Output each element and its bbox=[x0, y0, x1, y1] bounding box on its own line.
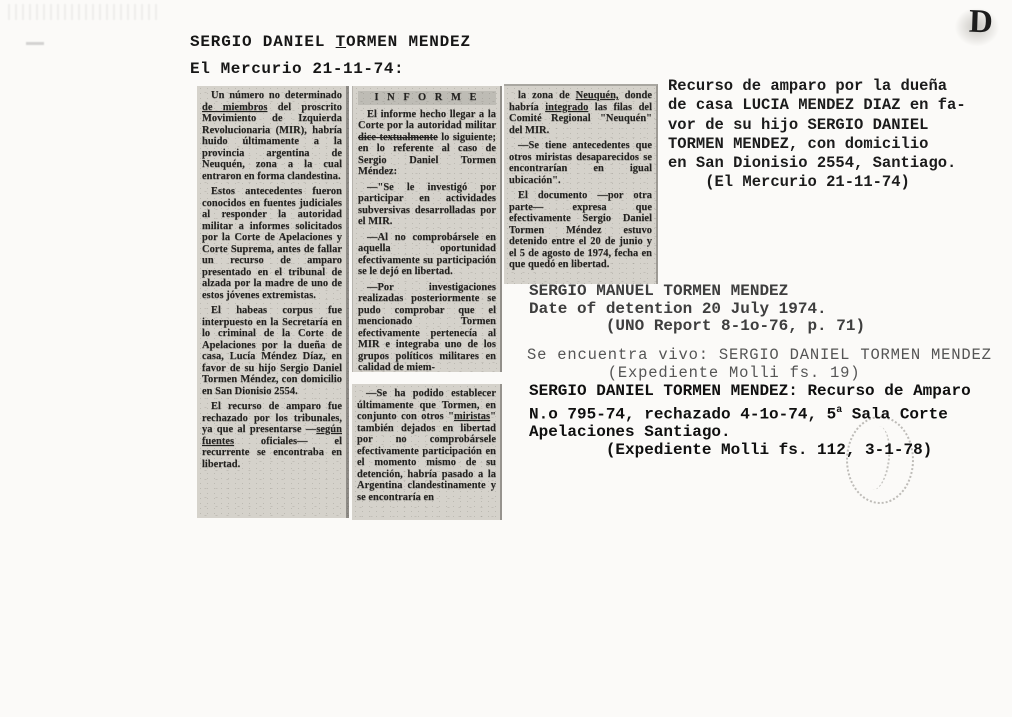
rejection-line-2: N.o 795-74, rechazado 4-1o-74, 5a Sala C… bbox=[529, 401, 971, 424]
rejection-line-2-pre: N.o 795-74, rechazado 4-1o-74, 5 bbox=[529, 405, 836, 423]
informe-section-header: I N F O R M E bbox=[358, 91, 496, 105]
newspaper-column-3-line: —Se tiene antecedentes que otros mirista… bbox=[509, 140, 652, 186]
amparo-annotation-line: Recurso de amparo por la dueña bbox=[668, 77, 966, 96]
newspaper-column-2-body-line: —Al no comprobársele en aquella oportuni… bbox=[358, 232, 496, 278]
newspaper-column-2-body: El informe hecho llegar a la Corte por l… bbox=[358, 109, 496, 374]
alive-annotation-line: Se encuentra vivo: SERGIO DANIEL TORMEN … bbox=[527, 347, 992, 365]
newspaper-column-2-body-line: —"Se le investigó por participar en acti… bbox=[358, 182, 496, 228]
scan-artifact bbox=[8, 4, 158, 20]
scan-artifact bbox=[26, 42, 44, 45]
newspaper-column-1-line: Un número no determinado de miembros del… bbox=[202, 90, 342, 182]
rejection-line-3: Apelaciones Santiago. bbox=[529, 424, 971, 442]
scanned-document-page: D SERGIO DANIEL TORMEN MENDEZ El Mercuri… bbox=[0, 0, 1012, 717]
amparo-annotation-line: en San Dionisio 2554, Santiago. bbox=[668, 154, 966, 173]
newspaper-column-1: Un número no determinado de miembros del… bbox=[197, 86, 349, 518]
amparo-annotation-line: (El Mercurio 21-11-74) bbox=[668, 173, 966, 192]
newspaper-column-2-lower: —Se ha podido establecer últimamente que… bbox=[352, 384, 502, 520]
amparo-annotation-line: vor de su hijo SERGIO DANIEL bbox=[668, 116, 966, 135]
subject-name-post: ORMEN MENDEZ bbox=[346, 33, 471, 51]
rejection-annotation: SERGIO DANIEL TORMEN MENDEZ: Recurso de … bbox=[529, 383, 971, 460]
newspaper-column-2-body-line: El informe hecho llegar a la Corte por l… bbox=[358, 109, 496, 178]
newspaper-column-2-body-line: —Por investigaciones realizadas posterio… bbox=[358, 282, 496, 374]
newspaper-column-3-line: la zona de Neuquén, donde habría integra… bbox=[509, 90, 652, 136]
detention-annotation: SERGIO MANUEL TORMEN MENDEZDate of deten… bbox=[529, 283, 865, 336]
newspaper-column-2: I N F O R M E El informe hecho llegar a … bbox=[352, 86, 502, 372]
page-letter-mark: D bbox=[968, 4, 993, 42]
newspaper-column-2-lower-line: —Se ha podido establecer últimamente que… bbox=[357, 388, 496, 503]
source-heading: El Mercurio 21-11-74: bbox=[190, 60, 404, 78]
subject-name-pre: SERGIO DANIEL bbox=[190, 33, 336, 51]
alive-annotation-line: (Expediente Molli fs. 19) bbox=[527, 365, 992, 383]
newspaper-column-3-line: El documento —por otra parte— expresa qu… bbox=[509, 190, 652, 271]
newspaper-column-1-line: El recurso de amparo fue rechazado por l… bbox=[202, 401, 342, 470]
alive-annotation: Se encuentra vivo: SERGIO DANIEL TORMEN … bbox=[527, 347, 992, 382]
rejection-line-4: (Expediente Molli fs. 112, 3-1-78) bbox=[529, 442, 971, 460]
newspaper-column-1-line: Estos antecedentes fueron conocidos en f… bbox=[202, 186, 342, 301]
detention-annotation-line: (UNO Report 8-1o-76, p. 71) bbox=[529, 318, 865, 336]
rejection-line-2-post: Sala Corte bbox=[842, 405, 948, 423]
amparo-annotation: Recurso de amparo por la dueñade casa LU… bbox=[668, 77, 966, 193]
detention-annotation-line: SERGIO MANUEL TORMEN MENDEZ bbox=[529, 283, 865, 301]
newspaper-column-1-line: El habeas corpus fue interpuesto en la S… bbox=[202, 305, 342, 397]
rejection-line-1: SERGIO DANIEL TORMEN MENDEZ: Recurso de … bbox=[529, 383, 971, 401]
amparo-annotation-line: TORMEN MENDEZ, con domicilio bbox=[668, 135, 966, 154]
subject-name-underlined-letter: T bbox=[336, 33, 346, 51]
newspaper-column-3: la zona de Neuquén, donde habría integra… bbox=[504, 84, 658, 284]
amparo-annotation-line: de casa LUCIA MENDEZ DIAZ en fa- bbox=[668, 96, 966, 115]
detention-annotation-line: Date of detention 20 July 1974. bbox=[529, 301, 865, 319]
subject-name-heading: SERGIO DANIEL TORMEN MENDEZ bbox=[190, 33, 471, 51]
